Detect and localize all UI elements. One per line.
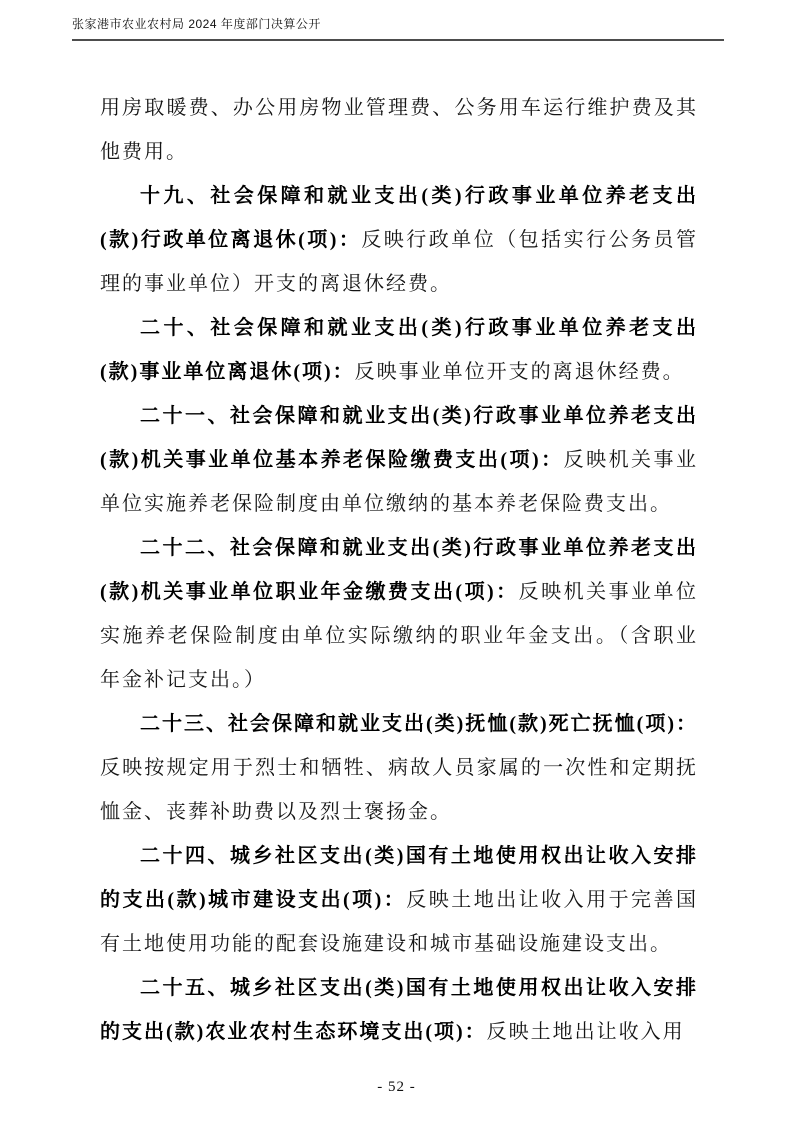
paragraph-text: 反映按规定用于烈士和牺牲、病故人员家属的一次性和定期抚恤金、丧葬补助费以及烈士褒… (100, 757, 698, 823)
paragraph-text: 用房取暖费、办公用房物业管理费、公务用车运行维护费及其他费用。 (100, 97, 698, 163)
paragraph-text: 反映土地出让收入用 (487, 1021, 685, 1043)
paragraph-heading: 二十三、社会保障和就业支出(类)抚恤(款)死亡抚恤(项)： (140, 713, 698, 735)
page-header: 张家港市农业农村局 2024 年度部门决算公开 (72, 0, 724, 41)
paragraph-item-22: 二十二、社会保障和就业支出(类)行政事业单位养老支出(款)机关事业单位职业年金缴… (100, 526, 698, 702)
paragraph-item-20: 二十、社会保障和就业支出(类)行政事业单位养老支出(款)事业单位离退休(项)：反… (100, 306, 698, 394)
paragraph-item-23: 二十三、社会保障和就业支出(类)抚恤(款)死亡抚恤(项)：反映按规定用于烈士和牺… (100, 702, 698, 834)
paragraph-continuation: 用房取暖费、办公用房物业管理费、公务用车运行维护费及其他费用。 (100, 86, 698, 174)
paragraph-item-21: 二十一、社会保障和就业支出(类)行政事业单位养老支出(款)机关事业单位基本养老保… (100, 394, 698, 526)
paragraph-item-19: 十九、社会保障和就业支出(类)行政事业单位养老支出(款)行政单位离退休(项)：反… (100, 174, 698, 306)
page-number: - 52 - (377, 1079, 416, 1095)
paragraph-text: 反映事业单位开支的离退休经费。 (355, 361, 685, 383)
document-page: 张家港市农业农村局 2024 年度部门决算公开 用房取暖费、办公用房物业管理费、… (0, 0, 793, 1122)
page-footer: - 52 - (0, 1078, 793, 1096)
paragraph-item-24: 二十四、城乡社区支出(类)国有土地使用权出让收入安排的支出(款)城市建设支出(项… (100, 834, 698, 966)
paragraph-item-25: 二十五、城乡社区支出(类)国有土地使用权出让收入安排的支出(款)农业农村生态环境… (100, 966, 698, 1054)
document-body: 用房取暖费、办公用房物业管理费、公务用车运行维护费及其他费用。 十九、社会保障和… (100, 86, 698, 1054)
header-title: 张家港市农业农村局 2024 年度部门决算公开 (72, 15, 724, 32)
